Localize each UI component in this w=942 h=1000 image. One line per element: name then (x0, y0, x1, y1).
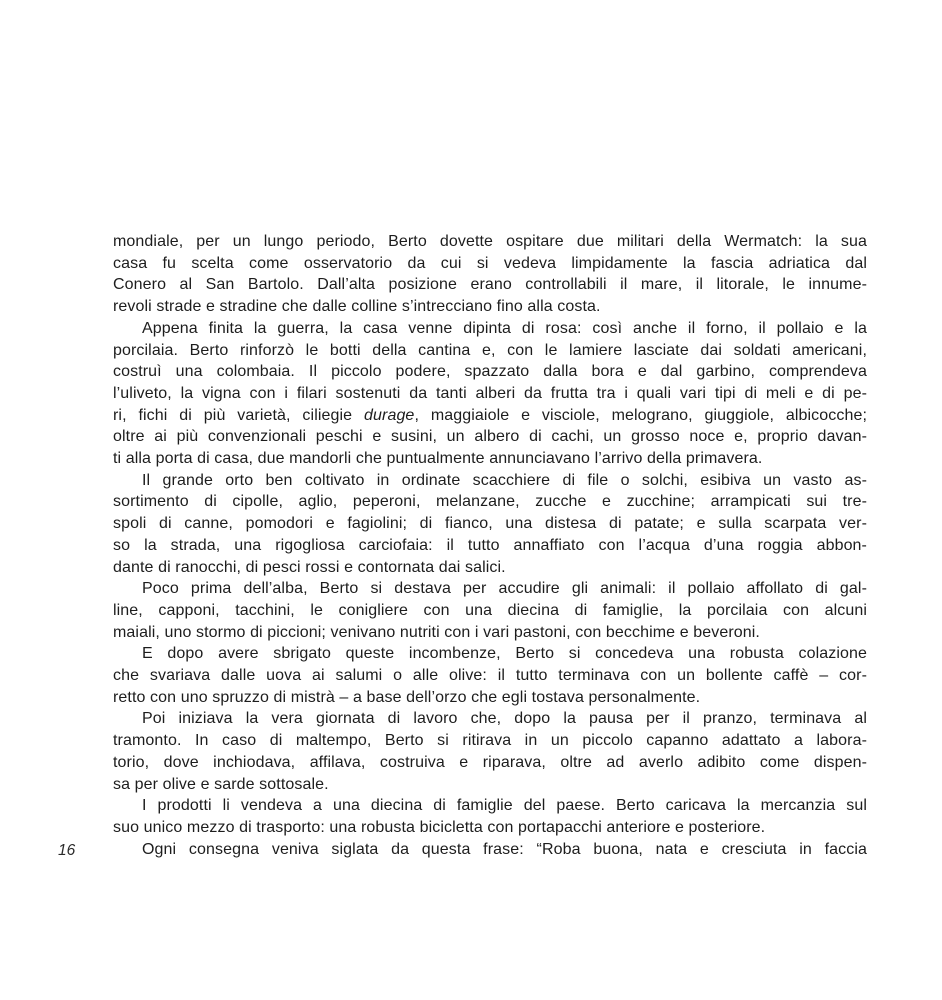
text-line: ti alla porta di casa, due mandorli che … (113, 448, 867, 470)
italic-text: durage (364, 407, 414, 424)
text-line: che svariava dalle uova ai salumi o alle… (113, 665, 867, 687)
text-line: tramonto. In caso di maltempo, Berto si … (113, 730, 867, 752)
text-line: so la strada, una rigogliosa carciofaia:… (113, 535, 867, 557)
paragraph: E dopo avere sbrigato queste incombenze,… (113, 643, 867, 708)
text-line: Ogni consegna veniva siglata da questa f… (113, 839, 867, 861)
paragraph: Appena finita la guerra, la casa venne d… (113, 318, 867, 470)
text-line: l’uliveto, la vigna con i filari sostenu… (113, 383, 867, 405)
paragraph: Poi iniziava la vera giornata di lavoro … (113, 708, 867, 795)
paragraph: I prodotti li vendeva a una diecina di f… (113, 795, 867, 838)
book-page: mondiale, per un lungo periodo, Berto do… (0, 0, 942, 1000)
text-line: Il grande orto ben coltivato in ordinate… (113, 470, 867, 492)
text-line: Appena finita la guerra, la casa venne d… (113, 318, 867, 340)
text-line: porcilaia. Berto rinforzò le botti della… (113, 340, 867, 362)
text-line: sa per olive e sarde sottosale. (113, 774, 867, 796)
text-line: retto con uno spruzzo di mistrà – a base… (113, 687, 867, 709)
text-line: oltre ai più convenzionali peschi e susi… (113, 426, 867, 448)
text-line: costruì una colombaia. Il piccolo podere… (113, 361, 867, 383)
text-line: revoli strade e stradine che dalle colli… (113, 296, 867, 318)
text-line: spoli di canne, pomodori e fagiolini; di… (113, 513, 867, 535)
text-line: line, capponi, tacchini, le conigliere c… (113, 600, 867, 622)
text-line: ri, fichi di più varietà, ciliegie durag… (113, 405, 867, 427)
paragraph: mondiale, per un lungo periodo, Berto do… (113, 231, 867, 318)
text-line: Poco prima dell’alba, Berto si destava p… (113, 578, 867, 600)
text-line: suo unico mezzo di trasporto: una robust… (113, 817, 867, 839)
body-text: mondiale, per un lungo periodo, Berto do… (113, 231, 867, 860)
text-line: torio, dove inchiodava, affilava, costru… (113, 752, 867, 774)
text-line: sortimento di cipolle, aglio, peperoni, … (113, 491, 867, 513)
text-line: dante di ranocchi, di pesci rossi e cont… (113, 557, 867, 579)
text-line: E dopo avere sbrigato queste incombenze,… (113, 643, 867, 665)
page-number: 16 (58, 840, 75, 862)
text-line: I prodotti li vendeva a una diecina di f… (113, 795, 867, 817)
paragraph: Poco prima dell’alba, Berto si destava p… (113, 578, 867, 643)
text-line: Conero al San Bartolo. Dall’alta posizio… (113, 274, 867, 296)
text-line: mondiale, per un lungo periodo, Berto do… (113, 231, 867, 253)
text-line: casa fu scelta come osservatorio da cui … (113, 253, 867, 275)
paragraph: Ogni consegna veniva siglata da questa f… (113, 839, 867, 861)
text-line: Poi iniziava la vera giornata di lavoro … (113, 708, 867, 730)
paragraph: Il grande orto ben coltivato in ordinate… (113, 470, 867, 579)
text-line: maiali, uno stormo di piccioni; venivano… (113, 622, 867, 644)
